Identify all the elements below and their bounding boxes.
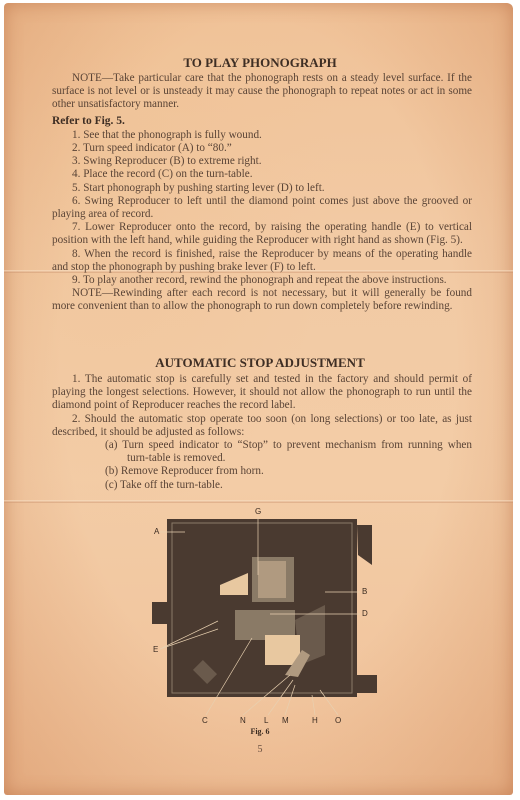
page-fold <box>4 500 513 503</box>
step-8: 8. When the record is finished, raise th… <box>52 248 472 274</box>
figure-caption: Fig. 6 <box>0 727 520 736</box>
section-title-play: TO PLAY PHONOGRAPH <box>0 55 520 71</box>
phonograph-mechanism-drawing <box>140 505 400 735</box>
autostop-p2: 2. Should the automatic stop operate too… <box>52 413 472 439</box>
step-3: 3. Swing Reproducer (B) to extreme right… <box>52 155 472 168</box>
page-number: 5 <box>0 744 520 755</box>
fig-label-l: L <box>264 716 268 725</box>
fig-label-o: O <box>335 716 341 725</box>
step-9: 9. To play another record, rewind the ph… <box>52 274 472 287</box>
autostop-sub-a: (a) Turn speed indicator to “Stop” to pr… <box>52 439 472 465</box>
step-1: 1. See that the phonograph is fully woun… <box>52 129 472 142</box>
step-2: 2. Turn speed indicator (A) to “80.” <box>52 142 472 155</box>
fig-label-c: C <box>202 716 208 725</box>
section-autostop-body: 1. The automatic stop is carefully set a… <box>52 373 472 492</box>
refer-heading: Refer to Fig. 5. <box>52 115 472 128</box>
step-5: 5. Start phonograph by pushing starting … <box>52 182 472 195</box>
autostop-sub-c: (c) Take off the turn-table. <box>52 479 472 492</box>
step-6: 6. Swing Reproducer to left until the di… <box>52 195 472 221</box>
autostop-sub-b: (b) Remove Reproducer from horn. <box>52 465 472 478</box>
section-play-body: NOTE—Take particular care that the phono… <box>52 72 472 314</box>
autostop-p1: 1. The automatic stop is carefully set a… <box>52 373 472 413</box>
step-7: 7. Lower Reproducer onto the record, by … <box>52 221 472 247</box>
fig-label-g: G <box>255 507 261 516</box>
figure-6-illustration: A G B D E C N L M H O <box>140 505 400 735</box>
fig-label-a: A <box>154 527 159 536</box>
fig-label-b: B <box>362 587 367 596</box>
fig-label-h: H <box>312 716 318 725</box>
step-4: 4. Place the record (C) on the turn-tabl… <box>52 168 472 181</box>
fig-label-m: M <box>282 716 289 725</box>
note2-paragraph: NOTE—Rewinding after each record is not … <box>52 287 472 313</box>
section-title-autostop: AUTOMATIC STOP ADJUSTMENT <box>0 355 520 371</box>
fig-label-e: E <box>153 645 158 654</box>
fig-label-n: N <box>240 716 246 725</box>
note-paragraph: NOTE—Take particular care that the phono… <box>52 72 472 112</box>
fig-label-d: D <box>362 609 368 618</box>
